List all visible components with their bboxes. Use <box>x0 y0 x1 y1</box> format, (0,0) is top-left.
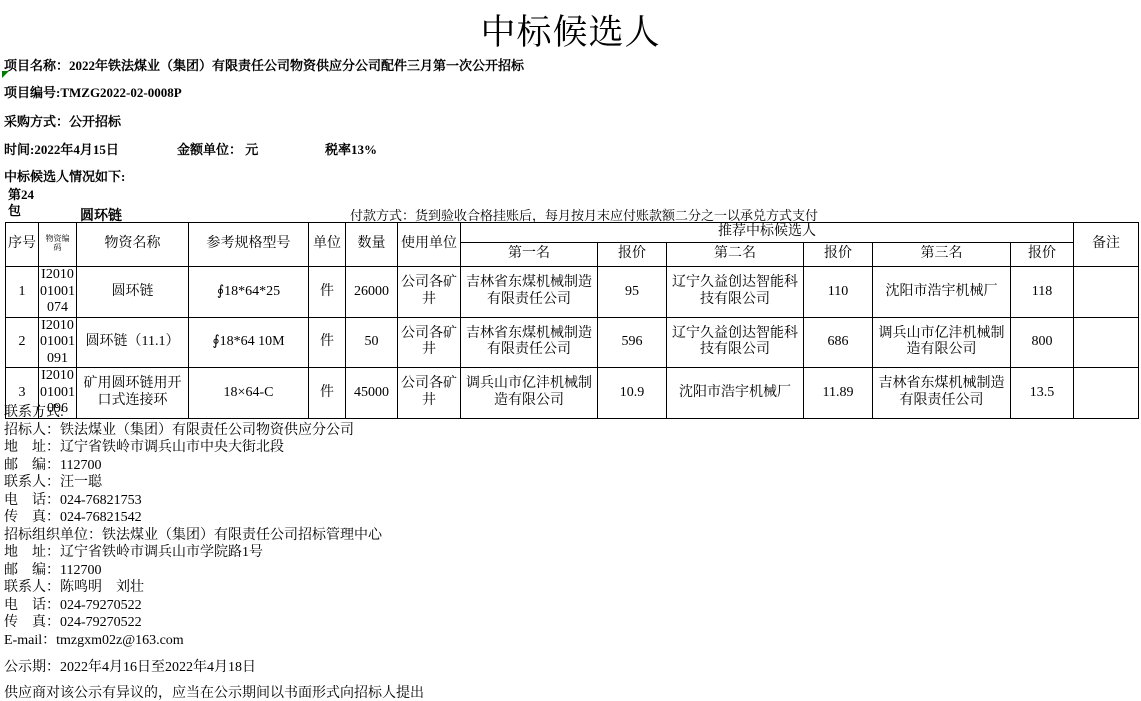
header-name: 物资名称 <box>77 223 189 267</box>
objection-notice-line: 供应商对该公示有异议的，应当在公示期间以书面形式向招标人提出 <box>4 682 424 701</box>
cell-name: 圆环链（11.1） <box>77 317 189 368</box>
cell-first: 吉林省东煤机械制造有限责任公司 <box>461 317 598 368</box>
project-name-line: 项目名称：2022年铁法煤业（集团）有限责任公司物资供应分公司配件三月第一次公开… <box>4 55 524 74</box>
cell-third-price: 800 <box>1011 317 1074 368</box>
contact-line: 招标组织单位：铁法煤业（集团）有限责任公司招标管理中心 <box>4 527 382 545</box>
amount-unit-value: 金额单位： 元 <box>177 139 258 158</box>
contact-line: 招标人：铁法煤业（集团）有限责任公司物资供应分公司 <box>4 422 382 440</box>
cell-note <box>1074 368 1139 419</box>
table-header-row-1: 序号 物资编码 物资名称 参考规格型号 单位 数量 使用单位 推荐中标候选人 备… <box>6 223 1139 243</box>
table-row: 1 I201001001074 圆环链 ∮18*64*25 件 26000 公司… <box>6 267 1139 318</box>
header-second-price: 报价 <box>804 243 873 267</box>
project-number-line: 项目编号:TMZG2022-02-0008P <box>4 82 182 101</box>
contact-line: 电 话：024-79270522 <box>4 597 382 615</box>
cell-third-price: 13.5 <box>1011 368 1074 419</box>
cell-unit: 件 <box>309 267 346 318</box>
cell-unit: 件 <box>309 317 346 368</box>
contact-email-line: E-mail：tmzgxm02z@163.com <box>4 632 382 650</box>
cell-first-price: 95 <box>598 267 667 318</box>
cell-third-price: 118 <box>1011 267 1074 318</box>
cell-second-price: 11.89 <box>804 368 873 419</box>
cell-user: 公司各矿井 <box>398 267 461 318</box>
cell-second-price: 686 <box>804 317 873 368</box>
header-qty: 数量 <box>346 223 398 267</box>
header-seq: 序号 <box>6 223 39 267</box>
header-second: 第二名 <box>667 243 804 267</box>
time-value: 时间:2022年4月15日 <box>4 139 119 158</box>
cell-qty: 50 <box>346 317 398 368</box>
cell-code: I201001001074 <box>39 267 77 318</box>
header-user: 使用单位 <box>398 223 461 267</box>
header-third-price: 报价 <box>1011 243 1074 267</box>
candidates-intro-line: 中标候选人情况如下: <box>4 166 125 185</box>
tax-rate-value: 税率13% <box>325 139 377 158</box>
header-unit: 单位 <box>309 223 346 267</box>
header-code: 物资编码 <box>39 223 77 267</box>
cell-user: 公司各矿井 <box>398 317 461 368</box>
header-candidates: 推荐中标候选人 <box>461 223 1074 243</box>
cell-name: 圆环链 <box>77 267 189 318</box>
publicity-period-line: 公示期：2022年4月16日至2022年4月18日 <box>4 656 256 676</box>
cell-seq: 2 <box>6 317 39 368</box>
cell-second-price: 110 <box>804 267 873 318</box>
contact-line: 联系人：陈鸣明 刘壮 <box>4 579 382 597</box>
contact-line: 电 话：024-76821753 <box>4 492 382 510</box>
page-title: 中标候选人 <box>0 5 1141 55</box>
table-row: 2 I201001001091 圆环链（11.1） ∮18*64 10M 件 5… <box>6 317 1139 368</box>
cell-code: I201001001091 <box>39 317 77 368</box>
contact-line: 传 真：024-79270522 <box>4 614 382 632</box>
cell-second: 沈阳市浩宇机械厂 <box>667 368 804 419</box>
header-third: 第三名 <box>873 243 1011 267</box>
header-note: 备注 <box>1074 223 1139 267</box>
cell-first: 吉林省东煤机械制造有限责任公司 <box>461 267 598 318</box>
contact-block: 联系方式: 招标人：铁法煤业（集团）有限责任公司物资供应分公司 地 址：辽宁省铁… <box>4 404 382 649</box>
cell-third: 调兵山市亿沣机械制造有限公司 <box>873 317 1011 368</box>
cell-third: 沈阳市浩宇机械厂 <box>873 267 1011 318</box>
header-first-price: 报价 <box>598 243 667 267</box>
header-spec: 参考规格型号 <box>189 223 309 267</box>
candidates-table: 序号 物资编码 物资名称 参考规格型号 单位 数量 使用单位 推荐中标候选人 备… <box>5 222 1139 419</box>
cell-note <box>1074 267 1139 318</box>
cell-spec: ∮18*64*25 <box>189 267 309 318</box>
package-number: 第24包 <box>8 187 42 219</box>
cell-first-price: 596 <box>598 317 667 368</box>
cell-second: 辽宁久益创达智能科技有限公司 <box>667 317 804 368</box>
contact-line: 邮 编：112700 <box>4 457 382 475</box>
contact-line: 邮 编：112700 <box>4 562 382 580</box>
cell-flag-icon <box>2 71 9 78</box>
cell-spec: ∮18*64 10M <box>189 317 309 368</box>
contact-line: 地 址：辽宁省铁岭市调兵山市中央大街北段 <box>4 439 382 457</box>
cell-first: 调兵山市亿沣机械制造有限公司 <box>461 368 598 419</box>
cell-qty: 26000 <box>346 267 398 318</box>
cell-first-price: 10.9 <box>598 368 667 419</box>
header-first: 第一名 <box>461 243 598 267</box>
contact-line: 地 址：辽宁省铁岭市调兵山市学院路1号 <box>4 544 382 562</box>
announcement-page: 中标候选人 项目名称：2022年铁法煤业（集团）有限责任公司物资供应分公司配件三… <box>0 0 1141 701</box>
cell-third: 吉林省东煤机械制造有限责任公司 <box>873 368 1011 419</box>
contact-line: 传 真：024-76821542 <box>4 509 382 527</box>
cell-second: 辽宁久益创达智能科技有限公司 <box>667 267 804 318</box>
cell-note <box>1074 317 1139 368</box>
cell-seq: 1 <box>6 267 39 318</box>
procurement-method-line: 采购方式：公开招标 <box>4 111 121 130</box>
contact-line: 联系方式: <box>4 404 382 422</box>
cell-user: 公司各矿井 <box>398 368 461 419</box>
contact-line: 联系人：汪一聪 <box>4 474 382 492</box>
